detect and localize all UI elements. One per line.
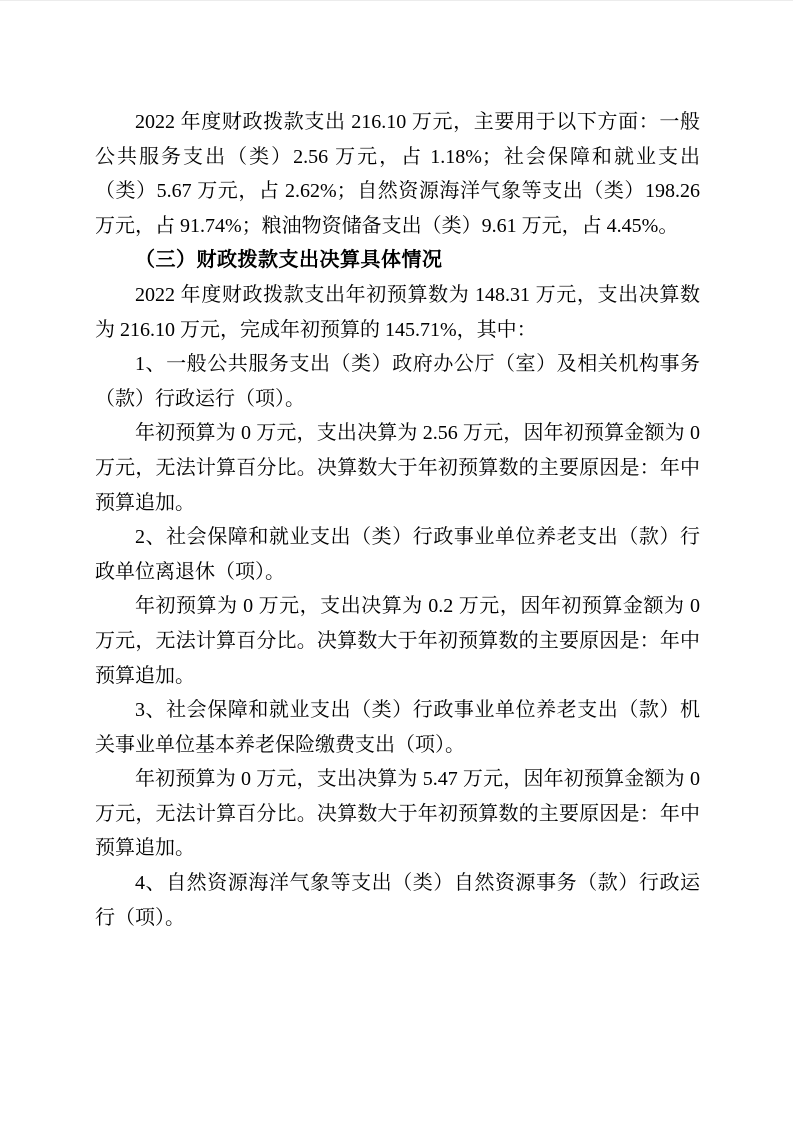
document-page: 2022 年度财政拨款支出 216.10 万元，主要用于以下方面：一般公共服务支…: [0, 0, 793, 1122]
para-item-4-title: 4、自然资源海洋气象等支出（类）自然资源事务（款）行政运行（项）。: [95, 866, 700, 935]
para-item-1-title: 1、一般公共服务支出（类）政府办公厅（室）及相关机构事务（款）行政运行（项）。: [95, 347, 700, 416]
para-item-3-detail: 年初预算为 0 万元，支出决算为 5.47 万元，因年初预算金额为 0 万元，无…: [95, 762, 700, 866]
para-budget-vs-final-accounts: 2022 年度财政拨款支出年初预算数为 148.31 万元，支出决算数为 216…: [95, 278, 700, 347]
para-item-2-detail: 年初预算为 0 万元，支出决算为 0.2 万元，因年初预算金额为 0 万元，无法…: [95, 589, 700, 693]
para-fiscal-expenditure-summary: 2022 年度财政拨款支出 216.10 万元，主要用于以下方面：一般公共服务支…: [95, 105, 700, 243]
para-item-1-detail: 年初预算为 0 万元，支出决算为 2.56 万元，因年初预算金额为 0 万元，无…: [95, 416, 700, 520]
section-heading-expenditure-final-accounts: （三）财政拨款支出决算具体情况: [95, 243, 700, 278]
para-item-3-title: 3、社会保障和就业支出（类）行政事业单位养老支出（款）机关事业单位基本养老保险缴…: [95, 693, 700, 762]
para-item-2-title: 2、社会保障和就业支出（类）行政事业单位养老支出（款）行政单位离退休（项）。: [95, 520, 700, 589]
